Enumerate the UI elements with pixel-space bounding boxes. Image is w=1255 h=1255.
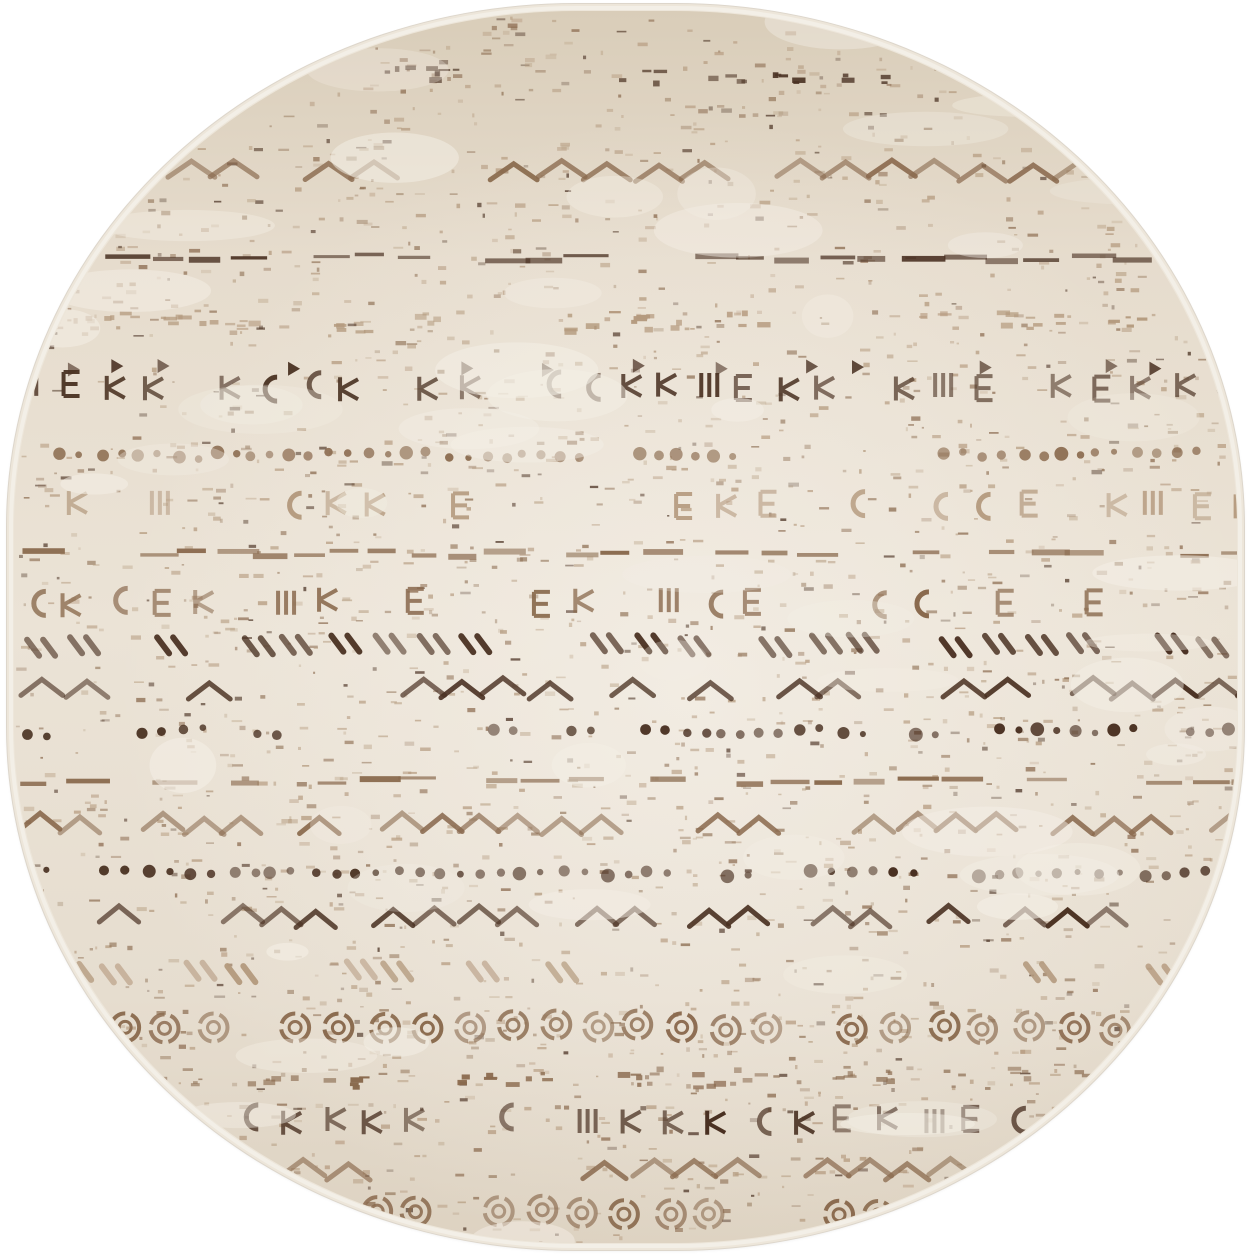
rug-body [7, 4, 1244, 1250]
rug-pattern-field [14, 11, 1237, 1243]
rug-pattern [14, 11, 1237, 1243]
rug [7, 4, 1244, 1250]
